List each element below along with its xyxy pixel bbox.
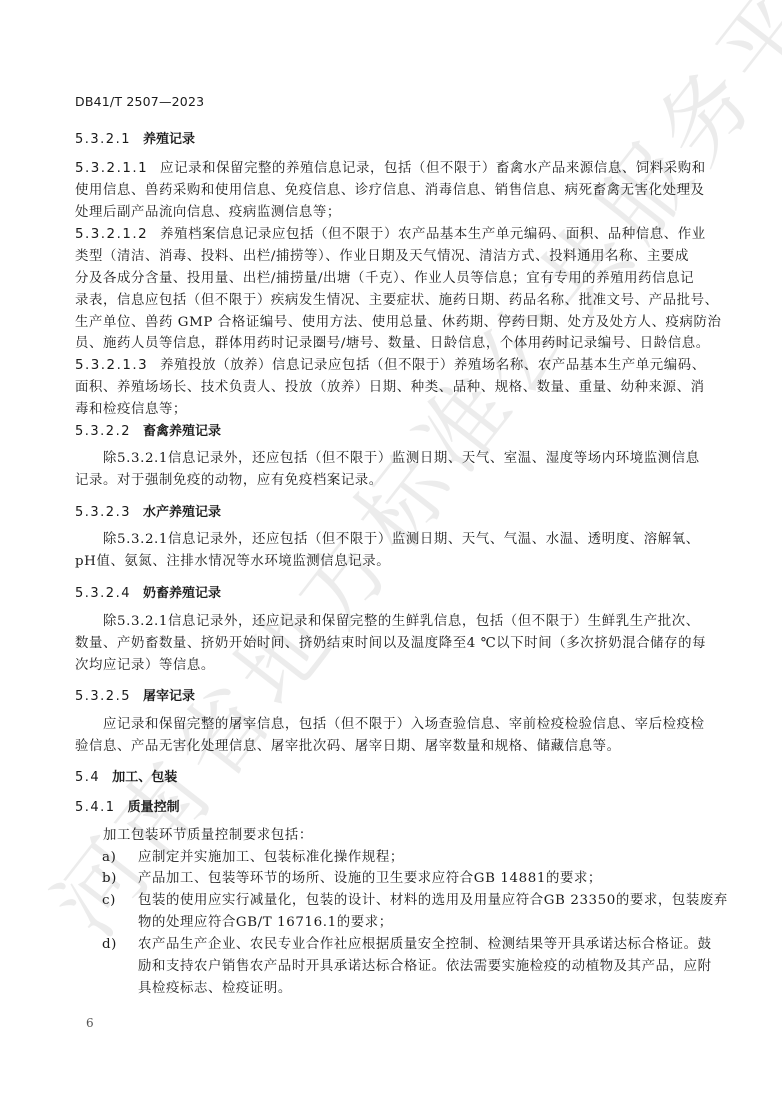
- paragraph-line: 生产单位、兽药 GMP 合格证编号、使用方法、使用总量、休药期、停药日期、处方及…: [75, 311, 710, 330]
- section-title: 畜禽养殖记录: [143, 424, 221, 439]
- list-item-b: b)产品加工、包装等环节的场所、设施的卫生要求应符合GB 14881的要求；: [102, 867, 737, 886]
- section-heading-5-3-2-5: 5.3.2.5屠宰记录: [75, 685, 195, 704]
- section-number: 5.3.2.4: [75, 586, 131, 601]
- paragraph-line: 5.3.2.1.2养殖档案信息记录应包括（但不限于）农产品基本生产单元编码、面积…: [75, 223, 710, 242]
- list-marker: c): [102, 893, 138, 908]
- section-title: 奶畜养殖记录: [143, 586, 221, 601]
- paragraph-line: 面积、养殖场场长、技术负责人、投放（放养）日期、种类、品种、规格、数量、重量、幼…: [75, 376, 710, 395]
- list-marker: a): [102, 850, 138, 865]
- section-heading-5-4: 5.4加工、包装: [75, 766, 177, 785]
- paragraph-line: 分及各成分含量、投用量、出栏/捕捞量/出塘（千克）、作业人员等信息；宜有专用的养…: [75, 267, 710, 286]
- line-text: 应记录和保留完整的养殖信息记录，包括（但不限于）畜禽水产品来源信息、饲料采购和: [160, 161, 706, 176]
- paragraph-line: 使用信息、兽药采购和使用信息、免疫信息、诊疗信息、消毒信息、销售信息、病死畜禽无…: [75, 179, 710, 198]
- paragraph-line: 5.3.2.1.3养殖投放（放养）信息记录应包括（但不限于）养殖场名称、农产品基…: [75, 354, 710, 373]
- line-text: 养殖投放（放养）信息记录应包括（但不限于）养殖场名称、农产品基本生产单元编码、: [160, 358, 706, 373]
- line-text: 养殖档案信息记录应包括（但不限于）农产品基本生产单元编码、面积、品种信息、作业: [160, 227, 706, 242]
- paragraph-line: 记录。对于强制免疫的动物，应有免疫档案记录。: [75, 469, 710, 488]
- list-marker: d): [102, 937, 138, 952]
- section-heading-5-3-2-2: 5.3.2.2畜禽养殖记录: [75, 420, 221, 439]
- paragraph-line: 除5.3.2.1信息记录外，还应包括（但不限于）监测日期、天气、气温、水温、透明…: [103, 528, 738, 547]
- paragraph-line: 除5.3.2.1信息记录外，还应包括（但不限于）监测日期、天气、室温、湿度等场内…: [103, 447, 738, 466]
- section-number: 5.4.1: [75, 800, 116, 815]
- standard-code-header: DB41/T 2507—2023: [75, 94, 204, 109]
- clause-number: 5.3.2.1.3: [75, 358, 148, 373]
- paragraph-line: 5.3.2.1.1应记录和保留完整的养殖信息记录，包括（但不限于）畜禽水产品来源…: [75, 157, 710, 176]
- paragraph-line: 励和支持农户销售农产品时开具承诺达标合格证。依法需要实施检疫的动植物及其产品，应…: [138, 955, 773, 974]
- section-title: 养殖记录: [143, 132, 195, 147]
- paragraph-line: pH值、氨氮、注排水情况等水环境监测信息记录。: [75, 550, 710, 569]
- section-number: 5.3.2.2: [75, 424, 131, 439]
- line-text: 农产品生产企业、农民专业合作社应根据质量安全控制、检测结果等开具承诺达标合格证。…: [138, 937, 712, 952]
- section-title: 水产养殖记录: [143, 505, 221, 520]
- list-item-d: d)农产品生产企业、农民专业合作社应根据质量安全控制、检测结果等开具承诺达标合格…: [102, 933, 737, 952]
- paragraph-line: 处理后副产品流向信息、疫病监测信息等；: [75, 201, 710, 220]
- paragraph-line: 应记录和保留完整的屠宰信息，包括（但不限于）入场查验信息、宰前检疫检验信息、宰后…: [103, 713, 738, 732]
- section-title: 加工、包装: [112, 770, 177, 785]
- section-number: 5.3.2.3: [75, 505, 131, 520]
- document-page: 河南省地方标准公共服务平台 DB41/T 2507—2023 5.3.2.1养殖…: [0, 0, 782, 1105]
- paragraph-line: 验信息、产品无害化处理信息、屠宰批次码、屠宰日期、屠宰数量和规格、储藏信息等。: [75, 735, 710, 754]
- paragraph-line: 加工包装环节质量控制要求包括：: [103, 824, 738, 843]
- paragraph-line: 除5.3.2.1信息记录外，还应记录和保留完整的生鲜乳信息，包括（但不限于）生鲜…: [103, 610, 738, 629]
- section-title: 屠宰记录: [143, 689, 195, 704]
- line-text: 包装的使用应实行减量化，包装的设计、材料的选用及用量应符合GB 23350的要求…: [138, 893, 728, 908]
- paragraph-line: 具检疫标志、检疫证明。: [138, 977, 773, 996]
- list-item-c: c)包装的使用应实行减量化，包装的设计、材料的选用及用量应符合GB 23350的…: [102, 889, 737, 908]
- section-heading-5-3-2-3: 5.3.2.3水产养殖记录: [75, 501, 221, 520]
- paragraph-line: 物的处理应符合GB/T 16716.1的要求；: [138, 911, 773, 930]
- page-number: 6: [86, 1016, 94, 1030]
- clause-number: 5.3.2.1.2: [75, 227, 148, 242]
- paragraph-line: 录表，信息应包括（但不限于）疾病发生情况、主要症状、施药日期、药品名称、批准文号…: [75, 289, 710, 308]
- paragraph-line: 毒和检疫信息等；: [75, 398, 710, 417]
- paragraph-line: 员、施药人员等信息，群体用药时记录圈号/塘号、数量、日龄信息，个体用药时记录编号…: [75, 332, 710, 351]
- section-heading-5-4-1: 5.4.1质量控制: [75, 796, 180, 815]
- paragraph-line: 次均应记录）等信息。: [75, 654, 710, 673]
- paragraph-line: 数量、产奶畜数量、挤奶开始时间、挤奶结束时间以及温度降至4 ℃以下时间（多次挤奶…: [75, 632, 710, 651]
- line-text: 产品加工、包装等环节的场所、设施的卫生要求应符合GB 14881的要求；: [138, 871, 602, 886]
- clause-number: 5.3.2.1.1: [75, 161, 148, 176]
- section-title: 质量控制: [128, 800, 180, 815]
- list-item-a: a)应制定并实施加工、包装标准化操作规程；: [102, 846, 737, 865]
- section-heading-5-3-2-1: 5.3.2.1养殖记录: [75, 128, 195, 147]
- section-number: 5.3.2.5: [75, 689, 131, 704]
- section-number: 5.4: [75, 770, 100, 785]
- section-number: 5.3.2.1: [75, 132, 131, 147]
- line-text: 应制定并实施加工、包装标准化操作规程；: [138, 850, 404, 865]
- paragraph-line: 类型（清洁、消毒、投料、出栏/捕捞等）、作业日期及天气情况、清洁方式、投料通用名…: [75, 245, 710, 264]
- section-heading-5-3-2-4: 5.3.2.4奶畜养殖记录: [75, 582, 221, 601]
- list-marker: b): [102, 871, 138, 886]
